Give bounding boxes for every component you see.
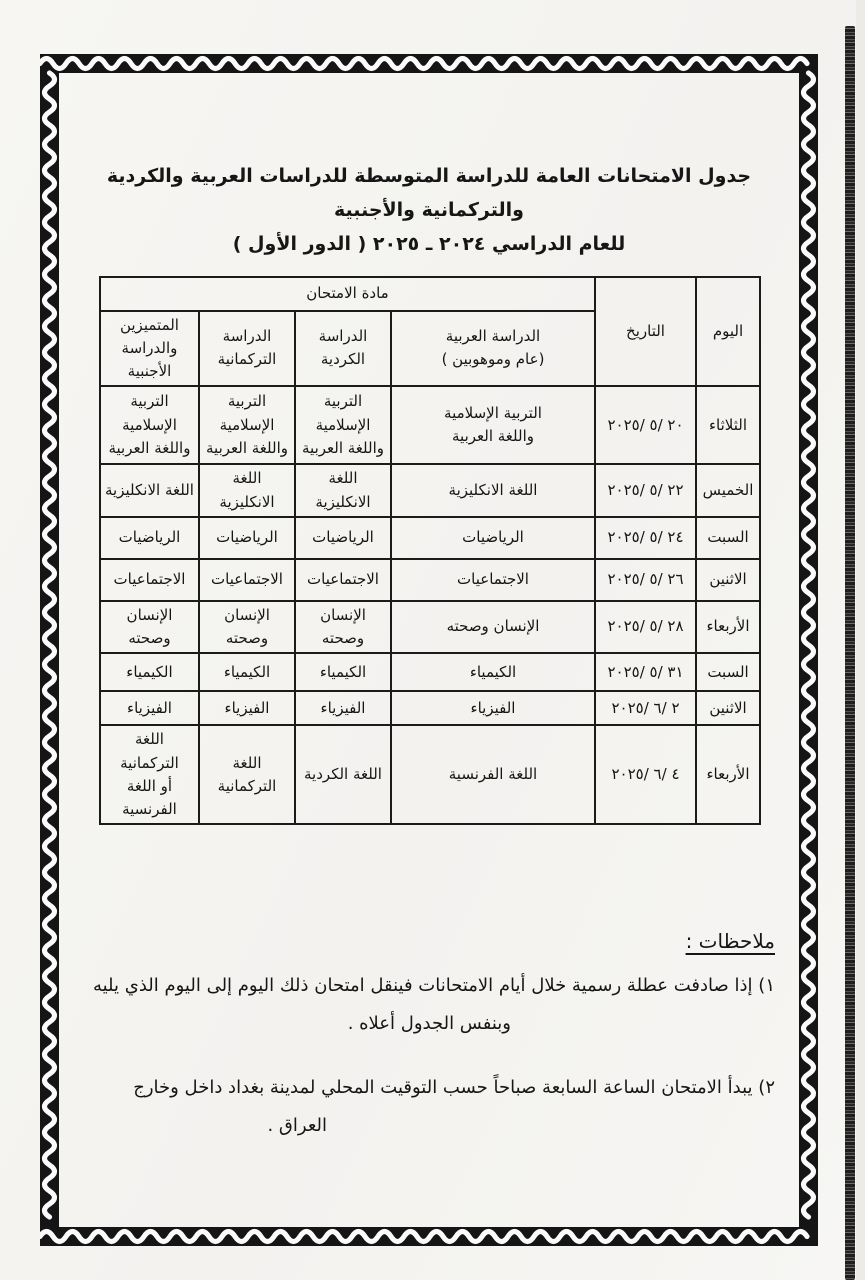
exam-schedule-table: اليوم التاريخ مادة الامتحان الدراسة العر… bbox=[99, 276, 761, 826]
subject-cell-distinguished: الفيزياء bbox=[100, 691, 199, 725]
subject-cell-kurdish: اللغة الانكليزية bbox=[295, 464, 391, 517]
note-1-line-2: وبنفس الجدول أعلاه . bbox=[89, 1005, 511, 1043]
table-row: الثلاثاء ٢٠ /٥ /٢٠٢٥ التربية الإسلامية و… bbox=[100, 386, 760, 464]
table-row: السبت ٢٤ /٥ /٢٠٢٥ الرياضيات الرياضيات ال… bbox=[100, 517, 760, 559]
subject-cell-kurdish: اللغة الكردية bbox=[295, 725, 391, 824]
header-subject-group-cell: مادة الامتحان bbox=[100, 277, 595, 311]
date-cell: ٢٠ /٥ /٢٠٢٥ bbox=[595, 386, 696, 464]
table-row: الاثنين ٢٦ /٥ /٢٠٢٥ الاجتماعيات الاجتماع… bbox=[100, 559, 760, 601]
notes-section: ملاحظات : ١) إذا صادفت عطلة رسمية خلال أ… bbox=[89, 929, 775, 1145]
header-kurdish-study-cell: الدراسة الكردية bbox=[295, 311, 391, 387]
subject-cell-arabic: اللغة الفرنسية bbox=[391, 725, 595, 824]
day-cell: الثلاثاء bbox=[696, 386, 760, 464]
date-cell: ٤ /٦ /٢٠٢٥ bbox=[595, 725, 696, 824]
date-cell: ٢ /٦ /٢٠٢٥ bbox=[595, 691, 696, 725]
subject-cell-turkmen: الكيمياء bbox=[199, 653, 295, 691]
subject-cell-turkmen: اللغة الانكليزية bbox=[199, 464, 295, 517]
subject-cell-distinguished: اللغة الانكليزية bbox=[100, 464, 199, 517]
photo-page: جدول الامتحانات العامة للدراسة المتوسطة … bbox=[0, 0, 865, 1280]
table-row: الخميس ٢٢ /٥ /٢٠٢٥ اللغة الانكليزية اللغ… bbox=[100, 464, 760, 517]
document-body: جدول الامتحانات العامة للدراسة المتوسطة … bbox=[40, 54, 818, 1246]
day-cell: الأربعاء bbox=[696, 601, 760, 654]
subject-cell-kurdish: الاجتماعيات bbox=[295, 559, 391, 601]
table-row: السبت ٣١ /٥ /٢٠٢٥ الكيمياء الكيمياء الكي… bbox=[100, 653, 760, 691]
header-day-cell: اليوم bbox=[696, 277, 760, 387]
subject-cell-kurdish: التربية الإسلامية واللغة العربية bbox=[295, 386, 391, 464]
subject-cell-turkmen: الإنسان وصحته bbox=[199, 601, 295, 654]
header-date-cell: التاريخ bbox=[595, 277, 696, 387]
date-cell: ٣١ /٥ /٢٠٢٥ bbox=[595, 653, 696, 691]
subject-cell-distinguished: الكيمياء bbox=[100, 653, 199, 691]
subject-cell-distinguished: التربية الإسلامية واللغة العربية bbox=[100, 386, 199, 464]
date-cell: ٢٤ /٥ /٢٠٢٥ bbox=[595, 517, 696, 559]
header-arabic-study-cell: الدراسة العربية (عام وموهوبين ) bbox=[391, 311, 595, 387]
subject-cell-arabic: اللغة الانكليزية bbox=[391, 464, 595, 517]
day-cell: الاثنين bbox=[696, 691, 760, 725]
subject-cell-distinguished: اللغة التركمانية أو اللغة الفرنسية bbox=[100, 725, 199, 824]
subject-cell-distinguished: الرياضيات bbox=[100, 517, 199, 559]
subject-cell-arabic: الاجتماعيات bbox=[391, 559, 595, 601]
subject-cell-turkmen: التربية الإسلامية واللغة العربية bbox=[199, 386, 295, 464]
note-2-line-1: ٢) يبدأ الامتحان الساعة السابعة صباحاً ح… bbox=[89, 1069, 775, 1107]
subject-cell-kurdish: الإنسان وصحته bbox=[295, 601, 391, 654]
subject-cell-kurdish: الرياضيات bbox=[295, 517, 391, 559]
subject-cell-kurdish: الفيزياء bbox=[295, 691, 391, 725]
date-cell: ٢٢ /٥ /٢٠٢٥ bbox=[595, 464, 696, 517]
title-line-1: جدول الامتحانات العامة للدراسة المتوسطة … bbox=[59, 159, 799, 227]
date-cell: ٢٦ /٥ /٢٠٢٥ bbox=[595, 559, 696, 601]
table-row: الأربعاء ٤ /٦ /٢٠٢٥ اللغة الفرنسية اللغة… bbox=[100, 725, 760, 824]
page-title: جدول الامتحانات العامة للدراسة المتوسطة … bbox=[59, 159, 799, 262]
subject-cell-arabic: الكيمياء bbox=[391, 653, 595, 691]
day-cell: الاثنين bbox=[696, 559, 760, 601]
subject-cell-arabic: الرياضيات bbox=[391, 517, 595, 559]
subject-cell-distinguished: الإنسان وصحته bbox=[100, 601, 199, 654]
subject-cell-distinguished: الاجتماعيات bbox=[100, 559, 199, 601]
day-cell: السبت bbox=[696, 517, 760, 559]
subject-cell-turkmen: الفيزياء bbox=[199, 691, 295, 725]
note-1-text: إذا صادفت عطلة رسمية خلال أيام الامتحانا… bbox=[93, 975, 753, 996]
page-stack-edge bbox=[856, 0, 865, 1280]
date-cell: ٢٨ /٥ /٢٠٢٥ bbox=[595, 601, 696, 654]
subject-cell-turkmen: الاجتماعيات bbox=[199, 559, 295, 601]
table-header-row-1: اليوم التاريخ مادة الامتحان bbox=[100, 277, 760, 311]
note-2-number: ٢) bbox=[758, 1077, 775, 1098]
day-cell: الخميس bbox=[696, 464, 760, 517]
subject-cell-turkmen: الرياضيات bbox=[199, 517, 295, 559]
subject-cell-arabic: الإنسان وصحته bbox=[391, 601, 595, 654]
note-2-line-2: العراق . bbox=[89, 1107, 327, 1145]
note-item-1: ١) إذا صادفت عطلة رسمية خلال أيام الامتح… bbox=[89, 967, 775, 1043]
title-line-2: للعام الدراسي ٢٠٢٤ ـ ٢٠٢٥ ( الدور الأول … bbox=[59, 227, 799, 261]
table-row: الأربعاء ٢٨ /٥ /٢٠٢٥ الإنسان وصحته الإنس… bbox=[100, 601, 760, 654]
note-2-text: يبدأ الامتحان الساعة السابعة صباحاً حسب … bbox=[133, 1077, 752, 1098]
day-cell: السبت bbox=[696, 653, 760, 691]
subject-cell-arabic: التربية الإسلامية واللغة العربية bbox=[391, 386, 595, 464]
day-cell: الأربعاء bbox=[696, 725, 760, 824]
note-1-line-1: ١) إذا صادفت عطلة رسمية خلال أيام الامتح… bbox=[89, 967, 775, 1005]
book-binding-edge bbox=[845, 26, 855, 1280]
note-item-2: ٢) يبدأ الامتحان الساعة السابعة صباحاً ح… bbox=[89, 1069, 775, 1145]
header-distinguished-study-cell: المتميزين والدراسة الأجنبية bbox=[100, 311, 199, 387]
header-turkmen-study-cell: الدراسة التركمانية bbox=[199, 311, 295, 387]
table-row: الاثنين ٢ /٦ /٢٠٢٥ الفيزياء الفيزياء الف… bbox=[100, 691, 760, 725]
subject-cell-kurdish: الكيمياء bbox=[295, 653, 391, 691]
note-1-number: ١) bbox=[758, 975, 775, 996]
document-content: جدول الامتحانات العامة للدراسة المتوسطة … bbox=[40, 54, 818, 1246]
notes-heading: ملاحظات : bbox=[686, 929, 775, 953]
subject-cell-arabic: الفيزياء bbox=[391, 691, 595, 725]
subject-cell-turkmen: اللغة التركمانية bbox=[199, 725, 295, 824]
